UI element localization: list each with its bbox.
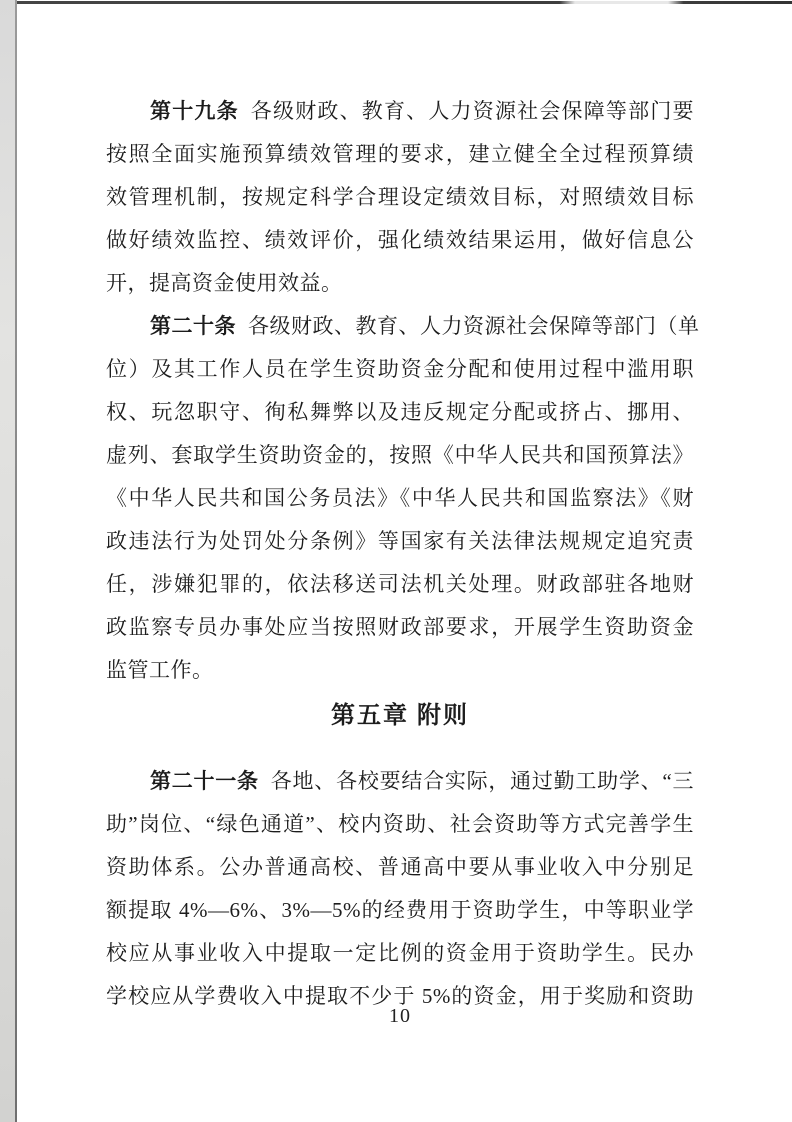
text-run: 各地、各校要结合实际，通过勤工助学、“三: [271, 769, 694, 793]
article-19-label: 第十九条: [150, 99, 239, 123]
article-20-label: 第二十条: [150, 314, 236, 338]
chapter-heading: 第五章 附则: [106, 695, 694, 738]
scan-top-edge-line: [17, 1, 792, 4]
text-line: 做好绩效监控、绩效评价，强化绩效结果运用，做好信息公: [106, 219, 694, 262]
text-line: 权、玩忽职守、徇私舞弊以及违反规定分配或挤占、挪用、: [106, 391, 694, 434]
text-line: 校应从事业收入中提取一定比例的资金用于资助学生。民办: [106, 932, 694, 975]
text-line: 开，提高资金使用效益。: [106, 262, 694, 305]
text-line: 第十九条各级财政、教育、人力资源社会保障等部门要: [106, 90, 694, 133]
scan-left-edge-line: [15, 0, 17, 1122]
text-run: 各级财政、教育、人力资源社会保障等部门要: [251, 99, 694, 123]
text-line: 第二十条各级财政、教育、人力资源社会保障等部门（单: [106, 305, 694, 348]
scanned-page: 第十九条各级财政、教育、人力资源社会保障等部门要 按照全面实施预算绩效管理的要求…: [0, 0, 792, 1122]
text-line: 助”岗位、“绿色通道”、校内资助、社会资助等方式完善学生: [106, 803, 694, 846]
text-run: 各级财政、教育、人力资源社会保障等部门（单: [248, 314, 700, 338]
text-line: 任，涉嫌犯罪的，依法移送司法机关处理。财政部驻各地财: [106, 563, 694, 606]
text-line: 政违法行为处罚处分条例》等国家有关法律法规规定追究责: [106, 520, 694, 563]
page-number: 10: [106, 1005, 694, 1028]
text-line: 《中华人民共和国公务员法》《中华人民共和国监察法》《财: [106, 477, 694, 520]
text-line: 位）及其工作人员在学生资助资金分配和使用过程中滥用职: [106, 348, 694, 391]
text-line: 第二十一条各地、各校要结合实际，通过勤工助学、“三: [106, 760, 694, 803]
text-line: 按照全面实施预算绩效管理的要求，建立健全全过程预算绩: [106, 133, 694, 176]
text-line: 虚列、套取学生资助资金的，按照《中华人民共和国预算法》: [106, 434, 694, 477]
text-line: 政监察专员办事处应当按照财政部要求，开展学生资助资金: [106, 606, 694, 649]
scan-left-edge-strip: [0, 0, 15, 1122]
text-line: 效管理机制，按规定科学合理设定绩效目标，对照绩效目标: [106, 176, 694, 219]
article-21-label: 第二十一条: [150, 769, 259, 793]
text-line: 资助体系。公办普通高校、普通高中要从事业收入中分别足: [106, 846, 694, 889]
text-line: 额提取 4%—6%、3%—5%的经费用于资助学生，中等职业学: [106, 889, 694, 932]
document-body: 第十九条各级财政、教育、人力资源社会保障等部门要 按照全面实施预算绩效管理的要求…: [106, 90, 694, 1018]
text-line: 监管工作。: [106, 649, 694, 692]
